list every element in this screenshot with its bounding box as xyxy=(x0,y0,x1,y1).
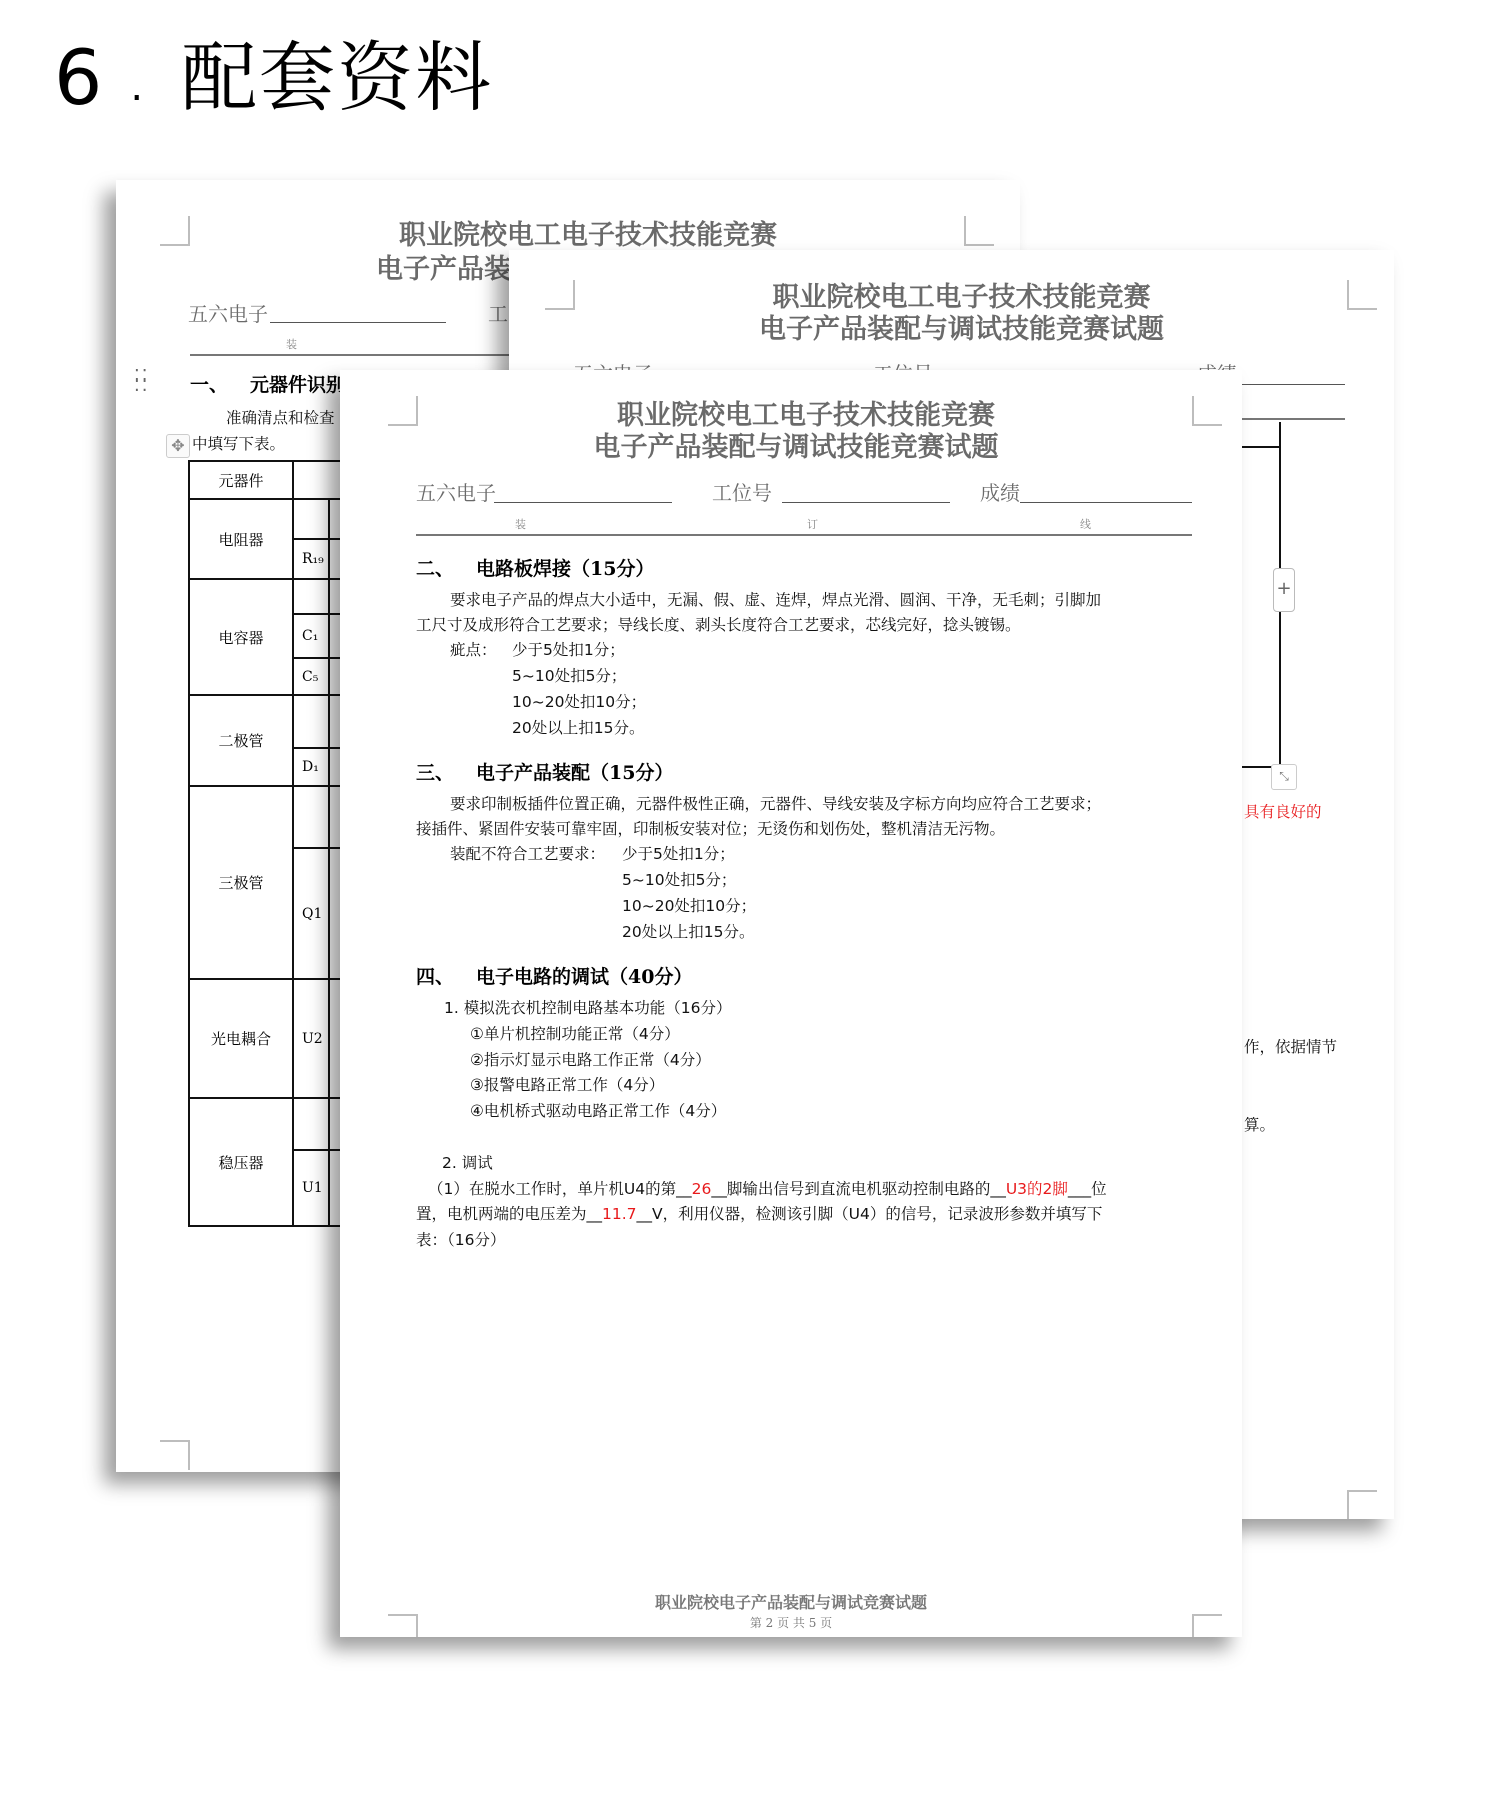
field-label-station: 工 xyxy=(488,298,508,327)
deduction-label: 装配不符合工艺要求： xyxy=(450,842,605,867)
answer-location: U3的2脚 xyxy=(1006,1180,1068,1198)
deduction-item: 少于5处扣1分； xyxy=(512,638,625,663)
heading-number: 6 xyxy=(54,33,104,122)
deduction-item: 5~10处扣5分； xyxy=(622,868,736,893)
partial-text: 作，依据情节 xyxy=(1244,1035,1337,1060)
field-label-school: 五六电子 xyxy=(416,477,496,506)
school-underline[interactable] xyxy=(270,322,446,323)
page-title-line1: 职业院校电工电子技术技能竞赛 xyxy=(116,220,1020,252)
add-row-button[interactable]: + xyxy=(1273,568,1295,612)
list-item: 1. 模拟洗衣机控制电路基本功能（16分） xyxy=(444,996,731,1021)
drag-handle-icon[interactable]: ⁚⁚⁚⁚ xyxy=(134,372,149,390)
table-row: 光电耦合 xyxy=(189,979,293,1098)
deduction-item: 5~10处扣5分； xyxy=(512,664,626,689)
field-label-score: 成绩 xyxy=(980,477,1020,506)
page-number: 第 2 页 共 5 页 xyxy=(340,1614,1242,1631)
field-label-school: 五六电子 xyxy=(188,298,268,327)
page-title-line1: 职业院校电工电子技术技能竞赛 xyxy=(509,282,1394,314)
instruction-text-line2: 中填写下表。 xyxy=(192,432,285,457)
binding-mark: 订 xyxy=(807,516,818,532)
instruction-text: 准确清点和检查 xyxy=(226,406,335,431)
deduction-item: 20处以上扣15分。 xyxy=(622,920,754,945)
front-document-page: 职业院校电工电子技术技能竞赛 电子产品装配与调试技能竞赛试题 五六电子 工位号 … xyxy=(340,370,1242,1637)
school-input-line[interactable] xyxy=(494,502,672,503)
score-input-line[interactable] xyxy=(1020,502,1192,503)
paragraph-line: 要求电子产品的焊点大小适中，无漏、假、虚、连焊，焊点光滑、圆润、干净，无毛刺；引… xyxy=(450,588,1101,613)
page-title-line2: 电子产品装配与调试技能竞赛试题 xyxy=(509,314,1394,346)
margin-corner-mark xyxy=(1347,1490,1377,1519)
paragraph-line: 要求印制板插件位置正确，元器件极性正确，元器件、导线安装及字标方向均应符合工艺要… xyxy=(450,792,1101,817)
margin-corner-mark xyxy=(160,1440,190,1470)
table-row: 电容器 xyxy=(189,579,293,695)
table-row: 电阻器 xyxy=(189,499,293,579)
list-subitem: ③报警电路正常工作（4分） xyxy=(470,1073,664,1098)
answer-voltage: 11.7 xyxy=(602,1205,637,1223)
partial-text: 算。 xyxy=(1244,1113,1275,1138)
deduction-label: 疵点： xyxy=(450,638,497,663)
section-title-assembly: 三、电子产品装配（15分） xyxy=(416,758,673,785)
section-title-welding: 二、电路板焊接（15分） xyxy=(416,554,654,581)
field-label-station: 工位号 xyxy=(712,477,772,506)
list-subitem: ②指示灯显示电路工作正常（4分） xyxy=(470,1048,711,1073)
page-title-line1: 职业院校电工电子技术技能竞赛 xyxy=(340,400,1242,432)
table-row: 稳压器 xyxy=(189,1098,293,1226)
paragraph-line: 工尺寸及成形符合工艺要求；导线长度、剥头长度符合工艺要求，芯线完好，捻头镀锡。 xyxy=(416,613,1021,638)
paragraph-line: 接插件、紧固件安装可靠牢固，印制板安装对位；无烫伤和划伤处，整机清洁无污物。 xyxy=(416,817,1005,842)
section-title-debugging: 四、电子电路的调试（40分） xyxy=(416,962,692,989)
question-line: 置，电机两端的电压差为__11.7__V，利用仪器，检测该引脚（U4）的信号，记… xyxy=(416,1202,1102,1227)
question-line: （1）在脱水工作时，单片机U4的第__26__脚输出信号到直流电机驱动控制电路的… xyxy=(428,1177,1107,1202)
page-title-line2: 电子产品装配与调试技能竞赛试题 xyxy=(340,432,1242,464)
deduction-item: 10~20处扣10分； xyxy=(512,690,646,715)
binding-mark: 装 xyxy=(515,516,526,532)
table-resize-handle-icon[interactable]: ⤡ xyxy=(1271,764,1297,790)
table-row: 三极管 xyxy=(189,786,293,979)
section-title: 一、元器件识别 xyxy=(190,370,345,397)
heading-title: 配套资料 xyxy=(181,33,493,122)
table-row: 二极管 xyxy=(189,695,293,786)
table-move-handle-icon[interactable]: ✥ xyxy=(166,434,190,458)
section-heading: 6.配套资料 xyxy=(54,40,493,116)
binding-mark: 装 xyxy=(286,336,297,352)
binding-mark: 线 xyxy=(1080,516,1091,532)
page-footer-title: 职业院校电子产品装配与调试竞赛试题 xyxy=(340,1590,1242,1613)
deduction-item: 少于5处扣1分； xyxy=(622,842,735,867)
heading-dot: . xyxy=(130,64,145,110)
answer-pin: 26 xyxy=(692,1180,712,1198)
partial-red-text: 具有良好的 xyxy=(1244,800,1322,825)
list-subitem: ①单片机控制功能正常（4分） xyxy=(470,1022,680,1047)
deduction-item: 20处以上扣15分。 xyxy=(512,716,644,741)
table-header: 元器件 xyxy=(189,461,293,499)
page-title-line2: 电子产品装 xyxy=(376,254,511,286)
station-input-line[interactable] xyxy=(782,502,950,503)
question-line: 表：（16分） xyxy=(416,1228,505,1253)
list-item: 2. 调试 xyxy=(442,1151,493,1176)
list-subitem: ④电机桥式驱动电路正常工作（4分） xyxy=(470,1099,726,1124)
binding-line xyxy=(416,534,1192,536)
deduction-item: 10~20处扣10分； xyxy=(622,894,756,919)
